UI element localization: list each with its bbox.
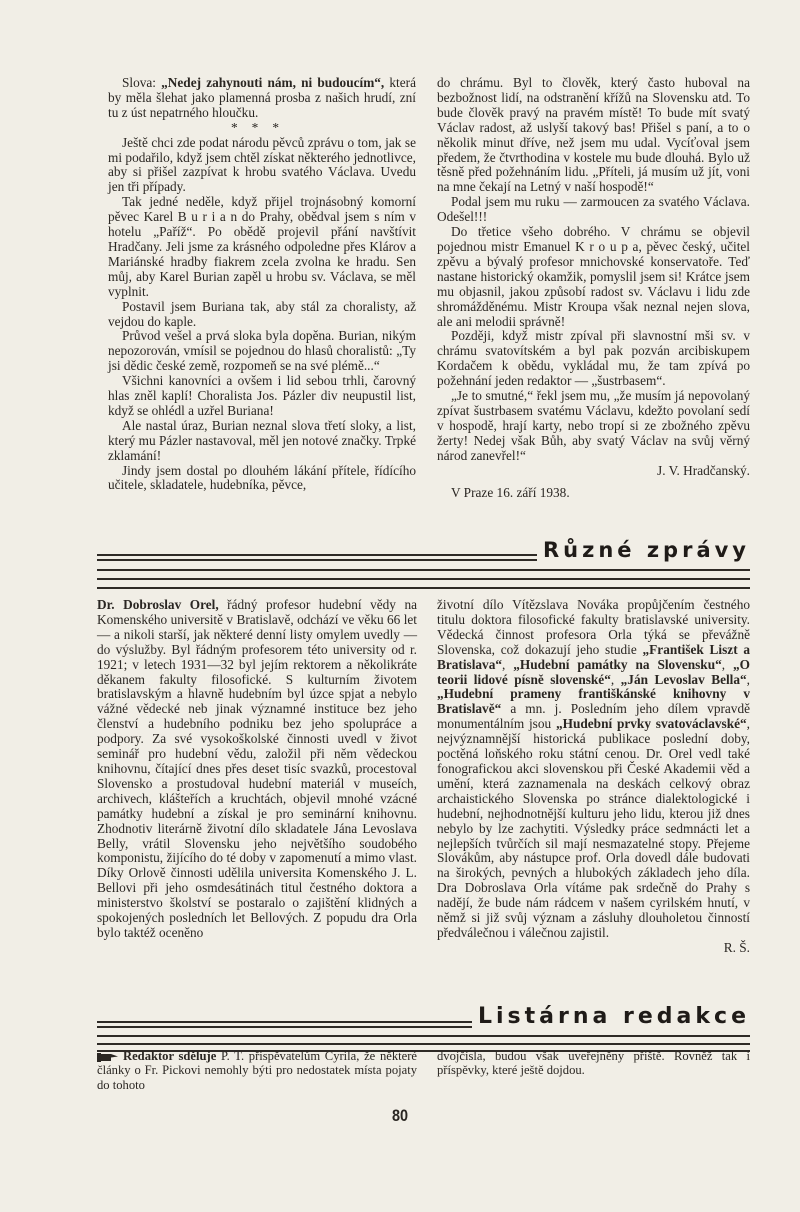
- news-text: řádný profesor hudební vědy na Komenskéh…: [97, 597, 417, 940]
- article-dateline: V Praze 16. září 1938.: [437, 486, 750, 501]
- news-text: ,: [502, 657, 513, 672]
- article-paragraph: Tak jedné neděle, když přijel trojnásobn…: [108, 195, 416, 299]
- section-separator: ***: [108, 121, 416, 136]
- study-title: „Hudební památky na Slovensku“: [513, 657, 721, 672]
- letters-column-right: dvojčísla, budou však uveřejněny příště.…: [437, 1049, 750, 1078]
- news-paragraph: Dr. Dobroslav Orel, řádný profesor hudeb…: [97, 598, 417, 941]
- section-heading-listarna-redakce: Listárna redakce: [97, 1010, 750, 1052]
- article-paragraph: Průvod vešel a prvá sloka byla dopěna. B…: [108, 329, 416, 374]
- section-title: Listárna redakce: [472, 1004, 750, 1029]
- heading-rule: [97, 554, 537, 556]
- article-paragraph: do chrámu. Byl to člověk, který často hu…: [437, 76, 750, 195]
- heading-rule: [97, 569, 750, 571]
- news-lead-name: Dr. Dobroslav Orel,: [97, 597, 219, 612]
- article-paragraph: Slova: „Nedej zahynouti nám, ni budoucím…: [108, 76, 416, 121]
- article-paragraph: Později, když mistr zpíval při slavnostn…: [437, 329, 750, 389]
- article-paragraph: „Je to smutné,“ řekl jsem mu, „že musím …: [437, 389, 750, 464]
- news-text: ,: [722, 657, 733, 672]
- article-column-left: Slova: „Nedej zahynouti nám, ni budoucím…: [108, 76, 416, 493]
- article-paragraph: Postavil jsem Buriana tak, aby stál za c…: [108, 300, 416, 330]
- article-paragraph: Všichni kanovníci a ovšem i lid sebou tr…: [108, 374, 416, 419]
- study-title: „Ján Levoslav Bella“: [621, 672, 747, 687]
- heading-rule: [97, 1035, 750, 1037]
- news-paragraph: životní dílo Vítězslava Nováka propůjčen…: [437, 598, 750, 941]
- news-text: , nejvýznamnější historická publikace po…: [437, 716, 750, 940]
- page-number: 80: [60, 1106, 740, 1126]
- article-paragraph: Ale nastal úraz, Burian neznal slova tře…: [108, 419, 416, 464]
- heading-rule: [97, 1021, 477, 1023]
- news-column-left: Dr. Dobroslav Orel, řádný profesor hudeb…: [97, 598, 417, 941]
- study-title: „Hudební prvky svatováclavské“: [556, 716, 747, 731]
- heading-rule: [97, 587, 750, 589]
- heading-rule: [97, 578, 750, 580]
- letters-lead: Redaktor sděluje: [123, 1049, 216, 1063]
- article-column-right: do chrámu. Byl to člověk, který často hu…: [437, 76, 750, 501]
- quoted-title: „Nedej zahynouti nám, ni budoucím“,: [161, 75, 384, 90]
- letters-paragraph: Redaktor sděluje P. T. přispěvatelům Cyr…: [97, 1049, 417, 1092]
- heading-rule: [97, 1026, 477, 1028]
- magazine-page: Slova: „Nedej zahynouti nám, ni budoucím…: [0, 0, 800, 1212]
- section-title: Různé zprávy: [537, 538, 750, 562]
- section-heading-ruzne-zpravy: Různé zprávy: [97, 538, 750, 592]
- article-paragraph: Jindy jsem dostal po dlouhém lákání přít…: [108, 464, 416, 494]
- article-paragraph: Podal jsem mu ruku — zarmoucen za svatéh…: [437, 195, 750, 225]
- article-signature-row: J. V. Hradčanský.: [437, 464, 750, 479]
- heading-rule: [97, 559, 537, 561]
- news-signature: R. Š.: [724, 941, 750, 956]
- news-text: ,: [747, 672, 750, 687]
- article-paragraph: Do třetice všeho dobrého. V chrámu se ob…: [437, 225, 750, 329]
- article-paragraph: Ještě chci zde podat národu pěvců zprávu…: [108, 136, 416, 196]
- letters-column-left: Redaktor sděluje P. T. přispěvatelům Cyr…: [97, 1049, 417, 1092]
- pointing-hand-icon: [97, 1053, 119, 1062]
- article-author: J. V. Hradčanský.: [657, 464, 750, 479]
- news-column-right: životní dílo Vítězslava Nováka propůjčen…: [437, 598, 750, 956]
- news-text: ,: [611, 672, 621, 687]
- letters-paragraph: dvojčísla, budou však uveřejněny příště.…: [437, 1049, 750, 1078]
- news-signature-row: R. Š.: [437, 941, 750, 956]
- heading-rule: [97, 1043, 750, 1045]
